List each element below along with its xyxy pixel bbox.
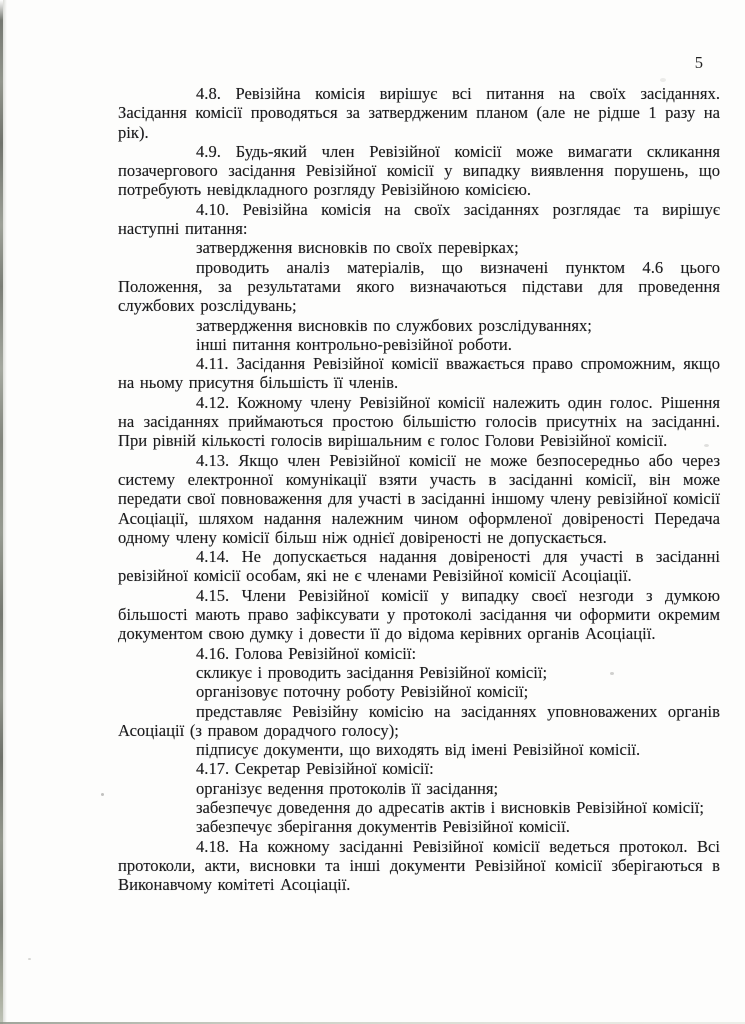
list-item: проводить аналіз матеріалів, що визначен… — [118, 258, 720, 316]
list-item: організовує поточну роботу Ревізійної ко… — [118, 682, 720, 701]
list-item: забезпечує доведення до адресатів актів … — [118, 798, 720, 817]
paragraph-4-11: 4.11. Засідання Ревізійної комісії вважа… — [118, 354, 720, 393]
scanned-document-page: 5 4.8. Ревізійна комісія вирішує всі пит… — [0, 0, 745, 1024]
list-item: забезпечує зберігання документів Ревізій… — [118, 817, 720, 836]
page-number: 5 — [695, 53, 703, 73]
list-item: підписує документи, що виходять від імен… — [118, 740, 720, 759]
paragraph-4-10: 4.10. Ревізійна комісія на своїх засідан… — [118, 200, 720, 239]
paragraph-4-18: 4.18. На кожному засіданні Ревізійної ко… — [118, 837, 720, 895]
paragraph-4-12: 4.12. Кожному члену Ревізійної комісії н… — [118, 393, 720, 451]
list-item: представляє Ревізійну комісію на засідан… — [118, 702, 720, 741]
paragraph-4-8: 4.8. Ревізійна комісія вирішує всі питан… — [118, 84, 720, 142]
scan-edge-shadow-left — [3, 0, 7, 1024]
document-body: 4.8. Ревізійна комісія вирішує всі питан… — [118, 84, 720, 894]
scan-noise-speck — [660, 78, 666, 82]
list-item: організує ведення протоколів її засіданн… — [118, 779, 720, 798]
scan-noise-speck — [28, 958, 31, 960]
paragraph-4-15: 4.15. Члени Ревізійної комісії у випадку… — [118, 586, 720, 644]
list-item: скликує і проводить засідання Ревізійної… — [118, 663, 720, 682]
paragraph-4-16: 4.16. Голова Ревізійної комісії: — [118, 644, 720, 663]
list-item: інші питання контрольно-ревізійної робот… — [118, 335, 720, 354]
paragraph-4-9: 4.9. Будь-який член Ревізійної комісії м… — [118, 142, 720, 200]
paragraph-4-13: 4.13. Якщо член Ревізійної комісії не мо… — [118, 451, 720, 547]
list-item: затвердження висновків по службових розс… — [118, 316, 720, 335]
list-item: затвердження висновків по своїх перевірк… — [118, 238, 720, 257]
paragraph-4-14: 4.14. Не допускається надання довіреност… — [118, 547, 720, 586]
scan-noise-speck — [101, 793, 104, 796]
paragraph-4-17: 4.17. Секретар Ревізійної комісії: — [118, 759, 720, 778]
